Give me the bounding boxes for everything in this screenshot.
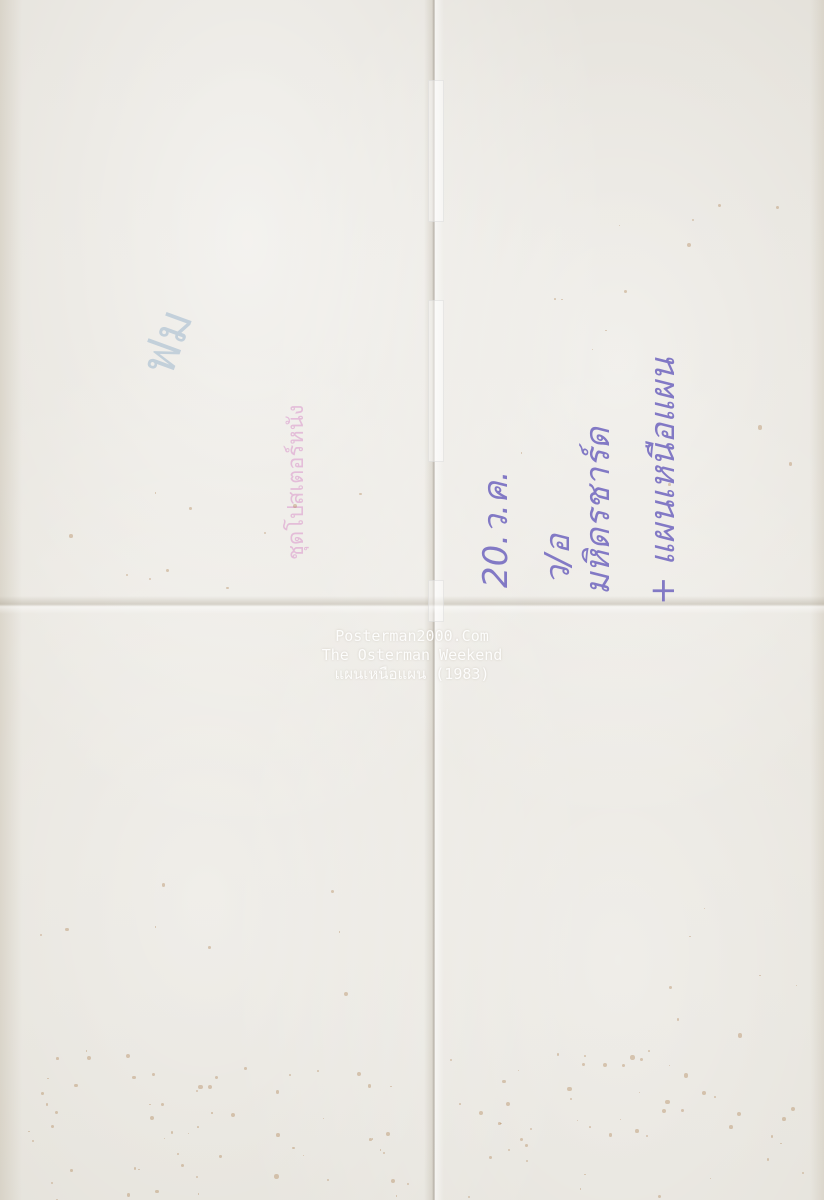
stain-spot [521,452,523,454]
stain-spot [198,1085,202,1089]
stain-spot [668,483,671,486]
stain-spot [289,1074,291,1076]
stain-spot [386,1132,390,1136]
stain-spot [561,299,563,301]
stain-spot [127,1193,131,1197]
stain-spot [215,1076,218,1079]
stain-spot [276,1090,280,1094]
stain-spot [181,1164,184,1167]
stain-spot [327,1179,329,1181]
stain-spot [369,1138,372,1141]
stain-spot [390,1086,391,1087]
stain-spot [518,1070,519,1071]
stain-spot [303,1155,305,1157]
stain-spot [681,1109,684,1112]
stain-spot [776,206,779,209]
stain-spot [582,1063,585,1066]
stain-spot [584,1055,586,1057]
stain-spot [570,1098,572,1100]
stain-spot [196,1090,199,1093]
stain-spot [55,1111,58,1114]
stain-spot [648,1050,650,1052]
stain-spot [155,492,156,493]
stain-spot [339,931,340,932]
stain-spot [796,985,797,986]
handwritten-date: 20.ว.ค. [468,470,522,588]
stain-spot [134,1167,136,1169]
stain-spot [70,1169,73,1172]
stain-spot [380,1149,381,1150]
horizontal-fold-crease [0,596,824,614]
stain-spot [226,587,229,590]
stain-spot [372,1138,373,1139]
stain-spot [383,1152,386,1155]
stain-spot [665,1100,669,1104]
stain-spot [619,225,620,226]
stain-spot [391,1179,395,1183]
stain-spot [197,1126,199,1128]
stain-spot [51,1182,53,1184]
stain-spot [359,493,362,496]
stain-spot [622,1064,625,1067]
stain-spot [592,349,593,350]
stain-spot [138,1169,140,1171]
stain-spot [208,946,211,949]
stain-spot [47,1078,48,1079]
handwritten-note-3: มหิดรชาร์ด [570,427,624,595]
stain-spot [759,975,761,977]
stain-spot [32,1140,34,1142]
stain-spot [639,1092,640,1093]
stain-spot [368,1084,371,1087]
stain-spot [489,1156,492,1159]
stain-spot [317,1070,319,1072]
stain-spot [126,574,129,577]
stain-spot [692,219,694,221]
stain-spot [577,1120,578,1121]
stain-spot [132,1076,135,1079]
stain-spot [41,1092,44,1095]
stain-spot [189,507,192,510]
stain-spot [459,1103,461,1105]
stain-spot [198,1193,199,1194]
stain-spot [624,290,627,293]
stain-spot [554,298,556,300]
stain-spot [407,1183,410,1186]
stain-spot [126,1054,130,1058]
watermark-site: Posterman2000.Com [0,627,824,646]
stain-spot [729,1125,733,1129]
stain-spot [56,1057,59,1060]
stain-spot [86,1050,87,1051]
stain-spot [87,1056,91,1060]
stain-spot [344,992,348,996]
stain-spot [526,1160,528,1162]
stain-spot [767,1158,770,1161]
stain-spot [166,569,169,572]
stain-spot [525,1144,528,1147]
stain-spot [171,1131,174,1134]
stain-spot [603,1063,607,1067]
stain-spot [161,1103,165,1107]
stain-spot [46,1103,49,1106]
stain-spot [684,1073,688,1077]
tape-strip [428,300,444,462]
stain-spot [758,425,762,429]
stain-spot [162,883,166,887]
stain-spot [605,330,606,331]
stain-spot [331,890,334,893]
poster-back: ฟม ชุดโปสเตอร์หนัง 20.ว.ค. ว/อ มหิดรชาร์… [0,0,824,1200]
stain-spot [782,1117,786,1121]
stain-spot [196,1176,199,1179]
stain-spot [231,1113,235,1117]
stain-spot [557,1053,560,1056]
stain-spot [450,1059,452,1061]
stain-spot [635,1129,639,1133]
stain-spot [802,1172,804,1174]
stain-spot [630,1055,634,1059]
stain-spot [276,1133,280,1137]
stain-spot [530,1128,532,1130]
stain-spot [323,1118,324,1119]
stain-spot [714,1096,716,1098]
stain-spot [771,1135,773,1137]
watermark: Posterman2000.Com The Osterman Weekend แ… [0,627,824,684]
stain-spot [646,1135,648,1137]
stain-spot [620,1119,621,1120]
stain-spot [789,462,792,465]
stain-spot [211,1112,212,1113]
stain-spot [51,1125,54,1128]
pink-handwritten-note: ชุดโปสเตอร์หนัง [278,404,313,560]
stain-spot [40,934,42,936]
stain-spot [640,1058,643,1061]
stain-spot [702,1091,706,1095]
stain-spot [188,1133,190,1135]
stain-spot [74,1084,77,1087]
handwritten-note-4: + แผนเหนือแผน [635,358,689,605]
stain-spot [609,1133,613,1137]
stain-spot [177,1153,179,1155]
stain-spot [791,1107,795,1111]
stain-spot [502,1080,505,1083]
stain-spot [508,1149,510,1151]
stain-spot [662,1109,666,1113]
stain-spot [479,1111,483,1115]
faint-signature: ฟม [120,298,214,386]
stain-spot [468,1196,471,1199]
stain-spot [244,1067,247,1070]
stain-spot [149,578,151,580]
stain-spot [292,1147,294,1149]
stain-spot [150,1116,154,1120]
stain-spot [274,1174,278,1178]
stain-spot [689,936,690,937]
stain-spot [149,1104,150,1105]
stain-spot [500,1123,501,1124]
stain-spot [567,1087,571,1091]
stain-spot [780,1143,782,1145]
stain-spot [669,986,672,989]
stain-spot [264,532,266,534]
stain-spot [396,1195,397,1196]
stain-spot [155,926,157,928]
stain-spot [738,1033,742,1037]
stain-spot [65,928,69,932]
stain-spot [28,1131,29,1132]
stain-spot [580,1188,581,1189]
watermark-thai-title: แผนเหนือแผน (1983) [0,665,824,684]
stain-spot [498,1122,501,1125]
stain-spot [152,1073,155,1076]
stain-spot [669,1065,670,1066]
stain-spot [687,243,691,247]
stain-spot [584,1174,585,1175]
stain-spot [208,1085,212,1089]
watermark-title: The Osterman Weekend [0,646,824,665]
stain-spot [677,1018,679,1020]
tape-strip [428,580,444,622]
stain-spot [589,1126,591,1128]
stain-spot [155,1190,159,1194]
stain-spot [658,1195,662,1199]
stain-spot [737,1112,741,1116]
stain-spot [357,1072,361,1076]
stain-spot [520,1138,523,1141]
stain-spot [710,1178,711,1179]
stain-spot [219,1155,221,1157]
stain-spot [69,534,73,538]
stain-spot [164,1138,165,1139]
tape-strip [428,80,444,222]
stain-spot [506,1102,510,1106]
stain-spot [704,908,705,909]
stain-spot [293,504,297,508]
stain-spot [718,204,721,207]
